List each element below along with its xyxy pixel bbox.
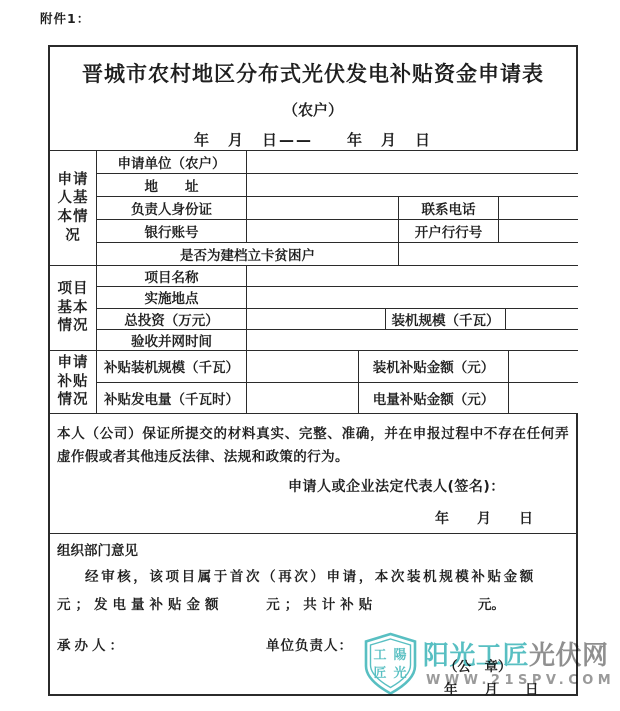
applicant-bank-branch-label: 开户行行号: [399, 220, 498, 242]
subsidy-capacity-label: 补贴装机规模（千瓦）: [97, 351, 246, 382]
subsidy-application-form-table: 晋城市农村地区分布式光伏发电补贴资金申请表 （农户） 年 月 日—— 年 月 日…: [48, 45, 578, 696]
applicant-group-label: 申请 人基 本情 况: [50, 151, 96, 265]
project-investment-label: 总投资（万元）: [97, 309, 246, 329]
project-grid-time-label: 验收并网时间: [97, 330, 246, 350]
org-opinion-title: 组织部门意见: [57, 539, 138, 559]
project-name-label: 项目名称: [97, 266, 246, 286]
subsidy-generation-label: 补贴发电量（千瓦时）: [97, 383, 246, 414]
subsidy-capacity-amount-label: 装机补贴金额（元）: [359, 351, 508, 382]
project-investment-value: [247, 309, 385, 329]
applicant-unit-label: 申请单位（农户）: [97, 151, 246, 173]
applicant-poverty-value: [399, 243, 580, 265]
applicant-address-label: 地 址: [97, 174, 246, 196]
declaration-signature-label: 申请人或企业法定代表人(签名)：: [288, 476, 505, 496]
form-header: 晋城市农村地区分布式光伏发电补贴资金申请表 （农户） 年 月 日—— 年 月 日: [50, 47, 576, 150]
applicant-phone-label: 联系电话: [399, 197, 498, 219]
attachment-label: 附件1：: [40, 9, 90, 27]
project-capacity-label: 装机规模（千瓦）: [386, 309, 505, 329]
form-date-range: 年 月 日—— 年 月 日: [194, 129, 432, 150]
org-review-line2-part1: 元；发电量补贴金额: [57, 597, 224, 613]
org-opinion-section: 组织部门意见 经审核，该项目属于首次（再次）申请，本次装机规模补贴金额 元；发电…: [50, 534, 576, 694]
subsidy-group-label: 申请 补贴 情况: [50, 351, 96, 413]
org-review-line2-part2: 元；共计补贴: [266, 597, 377, 613]
applicant-idcard-label: 负责人身份证: [97, 197, 246, 219]
subsidy-capacity-amount-value: [509, 351, 580, 382]
declaration-date-placeholder: 年 月 日: [435, 508, 533, 528]
applicant-poverty-label: 是否为建档立卡贫困户: [97, 243, 398, 265]
project-location-value: [247, 287, 580, 307]
org-review-line2-part3: 元。: [478, 597, 505, 613]
org-date-placeholder: 年 月 日: [444, 678, 539, 698]
org-review-line1: 经审核，该项目属于首次（再次）申请，本次装机规模补贴金额: [85, 565, 536, 585]
applicant-bank-account-label: 银行账号: [97, 220, 246, 242]
applicant-unit-value: [247, 151, 580, 173]
project-group-label: 项目 基本 情况: [50, 266, 96, 350]
org-handler-label: 承办人：: [57, 634, 127, 654]
project-info-section: 项目 基本 情况 项目名称 实施地点 总投资（万元） 装机规模（千瓦） 验收并网…: [50, 266, 576, 350]
project-location-label: 实施地点: [97, 287, 246, 307]
subsidy-generation-value: [247, 383, 358, 414]
project-capacity-value: [506, 309, 580, 329]
form-subtitle: （农户）: [283, 99, 343, 120]
form-title: 晋城市农村地区分布式光伏发电补贴资金申请表: [82, 58, 544, 88]
applicant-bank-branch-value: [499, 220, 580, 242]
applicant-idcard-value: [247, 197, 398, 219]
subsidy-info-section: 申请 补贴 情况 补贴装机规模（千瓦） 装机补贴金额（元） 补贴发电量（千瓦时）…: [50, 351, 576, 413]
org-review-line2: 元；发电量补贴金额 元；共计补贴 元。: [57, 593, 505, 613]
applicant-bank-account-value: [247, 220, 398, 242]
project-grid-time-value: [247, 330, 580, 350]
declaration-section: 本人（公司）保证所提交的材料真实、完整、准确，并在申报过程中不存在任何弄虚作假或…: [50, 414, 576, 533]
subsidy-capacity-value: [247, 351, 358, 382]
applicant-info-section: 申请 人基 本情 况 申请单位（农户） 地 址 负责人身份证 联系电话 银行账号…: [50, 151, 576, 265]
declaration-text: 本人（公司）保证所提交的材料真实、完整、准确，并在申报过程中不存在任何弄虚作假或…: [57, 423, 569, 469]
subsidy-generation-amount-value: [509, 383, 580, 414]
subsidy-generation-amount-label: 电量补贴金额（元）: [359, 383, 508, 414]
org-seal-label: （公 章）: [444, 655, 512, 675]
org-manager-label: 单位负责人：: [266, 634, 353, 654]
project-name-value: [247, 266, 580, 286]
applicant-phone-value: [499, 197, 580, 219]
applicant-address-value: [247, 174, 580, 196]
